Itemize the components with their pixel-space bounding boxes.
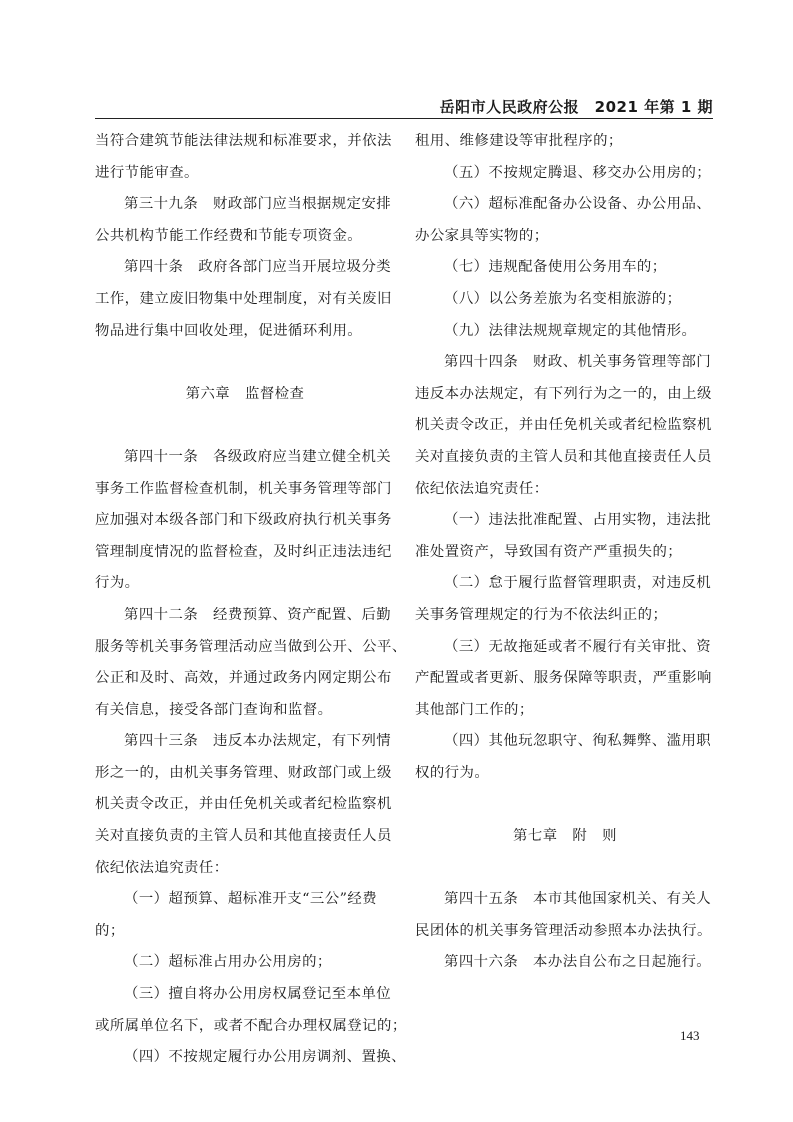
text-line: （七）违规配备使用公务用车的； bbox=[415, 252, 715, 284]
text-line: 进行节能审查。 bbox=[95, 158, 395, 190]
text-line: 第四十六条 本办法自公布之日起施行。 bbox=[415, 947, 715, 979]
text-line: 的； bbox=[95, 916, 395, 948]
text-line: （九）法律法规规章规定的其他情形。 bbox=[415, 316, 715, 348]
text-line: 准处置资产，导致国有资产严重损失的； bbox=[415, 537, 715, 569]
text-line: 第四十三条 违反本办法规定，有下列情 bbox=[95, 726, 395, 758]
text-line: 依纪依法追究责任： bbox=[95, 853, 395, 885]
text-line: 公共机构节能工作经费和节能专项资金。 bbox=[95, 221, 395, 253]
text-line: 公正和及时、高效，并通过政务内网定期公布 bbox=[95, 663, 395, 695]
text-line: 物品进行集中回收处理，促进循环利用。 bbox=[95, 316, 395, 348]
blank-line bbox=[415, 853, 715, 885]
text-line: 形之一的，由机关事务管理、财政部门或上级 bbox=[95, 758, 395, 790]
text-line: 第四十二条 经费预算、资产配置、后勤 bbox=[95, 600, 395, 632]
text-line: （一）违法批准配置、占用实物，违法批 bbox=[415, 505, 715, 537]
chapter-heading: 第六章 监督检查 bbox=[95, 379, 395, 411]
blank-line bbox=[95, 410, 395, 442]
text-line: 第四十一条 各级政府应当建立健全机关 bbox=[95, 442, 395, 474]
text-line: 民团体的机关事务管理活动参照本办法执行。 bbox=[415, 916, 715, 948]
text-line: 或所属单位名下，或者不配合办理权属登记的； bbox=[95, 1011, 395, 1043]
text-line: 应加强对本级各部门和下级政府执行机关事务 bbox=[95, 505, 395, 537]
text-line: 行为。 bbox=[95, 568, 395, 600]
publication-title: 岳阳市人民政府公报 2021 年第 1 期 bbox=[440, 96, 713, 117]
left-column: 当符合建筑节能法律法规和标准要求，并依法进行节能审查。第三十九条 财政部门应当根… bbox=[95, 126, 395, 1074]
text-line: （六）超标准配备办公设备、办公用品、 bbox=[415, 189, 715, 221]
text-line: （三）无故拖延或者不履行有关审批、资 bbox=[415, 632, 715, 664]
text-line: 租用、维修建设等审批程序的； bbox=[415, 126, 715, 158]
chapter-heading: 第七章 附 则 bbox=[415, 821, 715, 853]
text-line: （五）不按规定腾退、移交办公用房的； bbox=[415, 158, 715, 190]
text-line: 关对直接负责的主管人员和其他直接责任人员 bbox=[415, 442, 715, 474]
text-line: （四）不按规定履行办公用房调剂、置换、 bbox=[95, 1042, 395, 1074]
right-column: 租用、维修建设等审批程序的；（五）不按规定腾退、移交办公用房的；（六）超标准配备… bbox=[415, 126, 715, 979]
blank-line bbox=[415, 789, 715, 821]
text-line: 关对直接负责的主管人员和其他直接责任人员 bbox=[95, 821, 395, 853]
text-line: 权的行为。 bbox=[415, 758, 715, 790]
text-line: 关事务管理规定的行为不依法纠正的； bbox=[415, 600, 715, 632]
text-line: 第四十五条 本市其他国家机关、有关人 bbox=[415, 884, 715, 916]
text-line: （二）怠于履行监督管理职责，对违反机 bbox=[415, 568, 715, 600]
text-line: 第四十四条 财政、机关事务管理等部门 bbox=[415, 347, 715, 379]
text-line: 服务等机关事务管理活动应当做到公开、公平、 bbox=[95, 632, 395, 664]
blank-line bbox=[95, 347, 395, 379]
text-line: （八）以公务差旅为名变相旅游的； bbox=[415, 284, 715, 316]
text-line: （二）超标准占用办公用房的； bbox=[95, 947, 395, 979]
text-line: 工作，建立废旧物集中处理制度，对有关废旧 bbox=[95, 284, 395, 316]
text-line: 有关信息，接受各部门查询和监督。 bbox=[95, 695, 395, 727]
text-line: 其他部门工作的； bbox=[415, 695, 715, 727]
page-number: 143 bbox=[680, 1028, 700, 1044]
text-line: 依纪依法追究责任： bbox=[415, 474, 715, 506]
text-line: 第四十条 政府各部门应当开展垃圾分类 bbox=[95, 252, 395, 284]
text-line: 事务工作监督检查机制，机关事务管理等部门 bbox=[95, 474, 395, 506]
text-line: （一）超预算、超标准开支“三公”经费 bbox=[95, 884, 395, 916]
text-line: 管理制度情况的监督检查，及时纠正违法违纪 bbox=[95, 537, 395, 569]
text-line: 机关责令改正，并由任免机关或者纪检监察机 bbox=[95, 789, 395, 821]
text-line: （三）擅自将办公用房权属登记至本单位 bbox=[95, 979, 395, 1011]
text-line: 机关责令改正，并由任免机关或者纪检监察机 bbox=[415, 410, 715, 442]
text-line: （四）其他玩忽职守、徇私舞弊、滥用职 bbox=[415, 726, 715, 758]
text-line: 办公家具等实物的； bbox=[415, 221, 715, 253]
page-header: 岳阳市人民政府公报 2021 年第 1 期 bbox=[95, 96, 713, 119]
text-line: 违反本办法规定，有下列行为之一的，由上级 bbox=[415, 379, 715, 411]
text-line: 产配置或者更新、服务保障等职责，严重影响 bbox=[415, 663, 715, 695]
text-line: 当符合建筑节能法律法规和标准要求，并依法 bbox=[95, 126, 395, 158]
text-line: 第三十九条 财政部门应当根据规定安排 bbox=[95, 189, 395, 221]
